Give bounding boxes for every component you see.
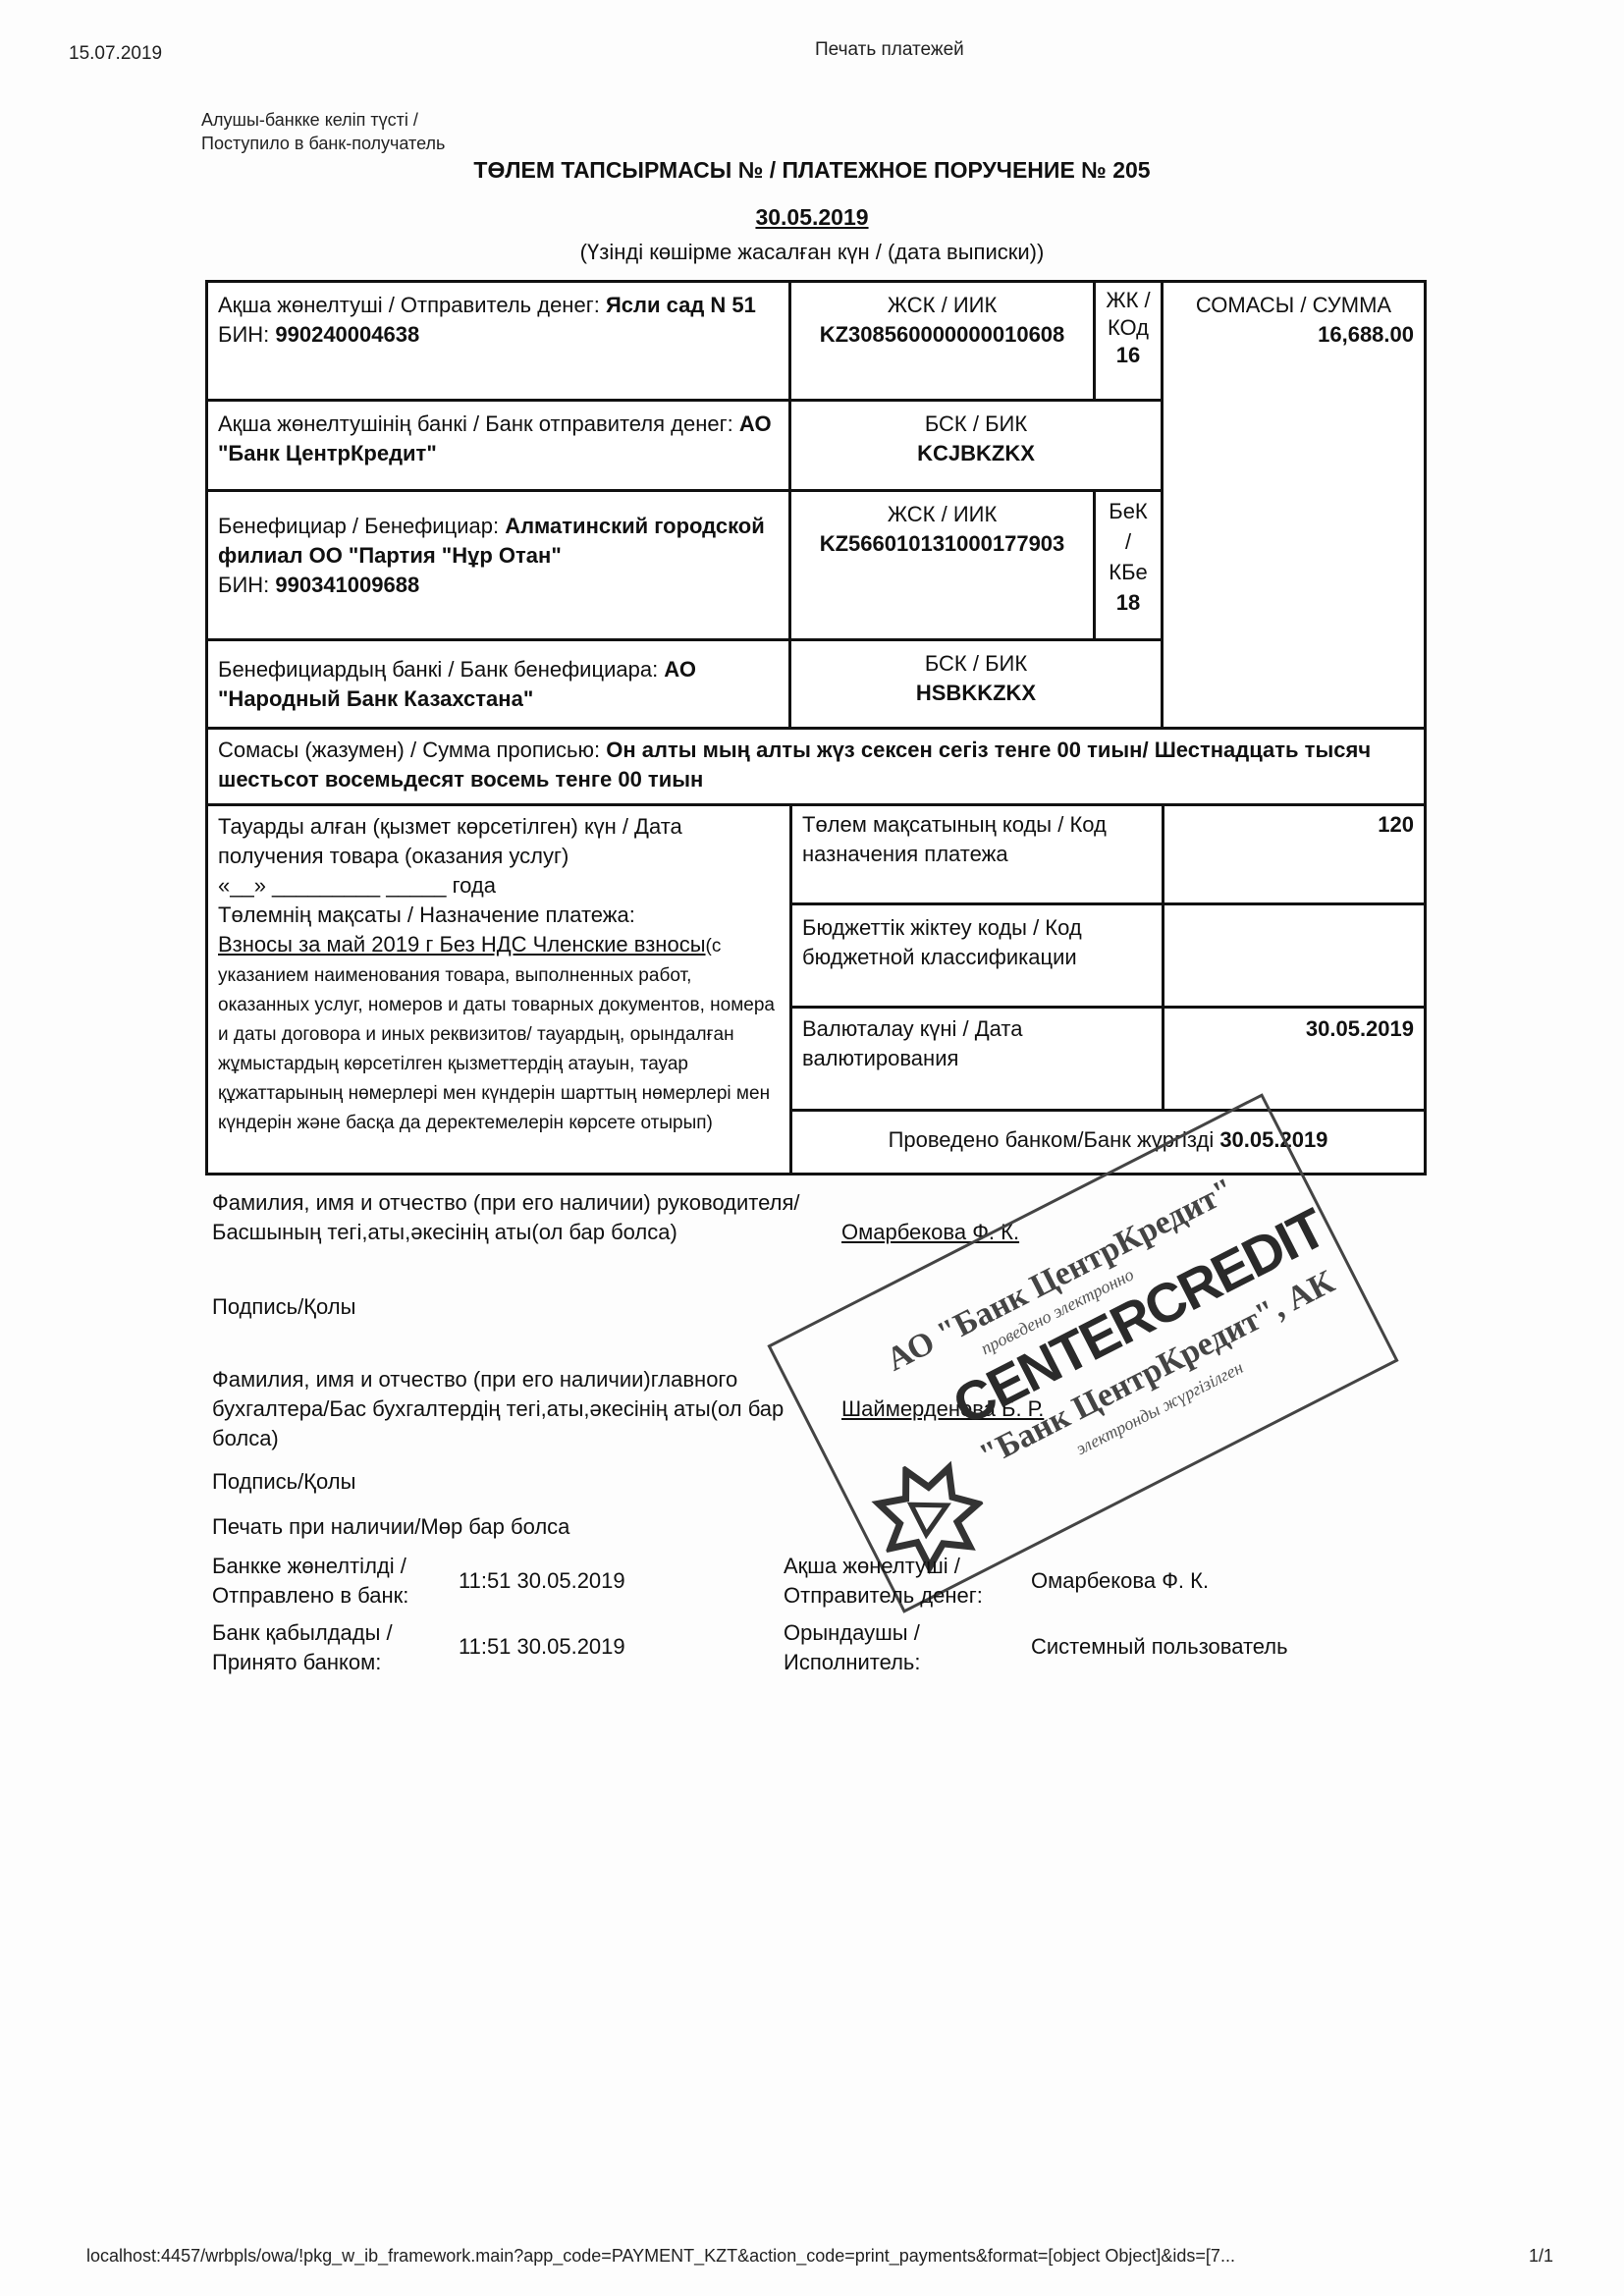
beneficiary-code-separator: / (1098, 526, 1159, 557)
sender-account-label: ЖСК / ИИК (801, 291, 1083, 320)
budget-code-cell (1162, 902, 1427, 1009)
sender-bic-cell: БСК / БИК KCJBKZKX (788, 399, 1164, 492)
purpose-code-cell: 120 (1162, 803, 1427, 905)
beneficiary-code-label: БеК (1098, 496, 1159, 526)
sender-code-label: ЖК / (1098, 287, 1159, 314)
goods-date-blank: «__» _________ _____ года (218, 871, 780, 901)
amount-value: 16,688.00 (1173, 320, 1414, 350)
sender-person-label-kz: Ақша жөнелтуші / (784, 1552, 983, 1581)
sender-bin-label: БИН: (218, 322, 275, 347)
beneficiary-bin-label: БИН: (218, 573, 275, 597)
purpose-code-label-cell: Төлем мақсатының коды / Код назначения п… (789, 803, 1164, 905)
executor-label-kz: Орындаушы / (784, 1618, 921, 1648)
sender-bank-cell: Ақша жөнелтушінің банкі / Банк отправите… (205, 399, 791, 492)
amount-label: СОМАСЫ / СУММА (1173, 291, 1414, 320)
document-date-caption: (Үзінді көшірме жасалған күн / (дата вып… (0, 240, 1624, 265)
beneficiary-label: Бенефициар / Бенефициар: (218, 514, 505, 538)
amount-words-cell: Сомасы (жазумен) / Сумма прописью: Он ал… (205, 727, 1427, 806)
value-date-label: Валюталау күні / Дата валютирования (802, 1016, 1022, 1070)
beneficiary-bic: HSBKKZKX (801, 679, 1151, 708)
purpose-note: (с указанием наименования товара, выполн… (218, 936, 775, 1133)
document-date: 30.05.2019 (0, 204, 1624, 231)
beneficiary-account-label: ЖСК / ИИК (801, 500, 1083, 529)
received-note-line1: Алушы-банкке келіп түсті / (201, 108, 445, 132)
footer-page-count: 1/1 (1529, 2246, 1553, 2267)
accepted-label: Банк қабылдады / Принято банком: (212, 1618, 393, 1677)
goods-date-label: Тауарды алған (қызмет көрсетілген) күн /… (218, 812, 780, 871)
purpose-code: 120 (1378, 812, 1414, 837)
beneficiary-account: KZ566010131000177903 (801, 529, 1083, 559)
beneficiary-account-cell: ЖСК / ИИК KZ566010131000177903 (788, 489, 1096, 641)
purpose-code-label: Төлем мақсатының коды / Код назначения п… (802, 812, 1107, 866)
seal-label: Печать при наличии/Мөр бар болса (212, 1512, 569, 1542)
beneficiary-code-cell: БеК / КБе 18 (1093, 489, 1164, 641)
print-date: 15.07.2019 (69, 43, 162, 65)
executor-label-ru: Исполнитель: (784, 1648, 921, 1677)
executor-label: Орындаушы / Исполнитель: (784, 1618, 921, 1677)
accepted-time: 11:51 30.05.2019 (459, 1632, 625, 1662)
value-date-cell: 30.05.2019 (1162, 1006, 1427, 1112)
sender-account-cell: ЖСК / ИИК KZ308560000000010608 (788, 280, 1096, 402)
executor-name: Системный пользователь (1031, 1632, 1288, 1662)
footer-url: localhost:4457/wrbpls/owa/!pkg_w_ib_fram… (86, 2246, 1235, 2267)
goods-purpose-cell: Тауарды алған (қызмет көрсетілген) күн /… (205, 803, 792, 1175)
sender-code-label-2: КОд (1098, 314, 1159, 342)
sent-label: Банкке жөнелтілді / Отправлено в банк: (212, 1552, 408, 1611)
beneficiary-bank-label: Бенефициардың банкі / Банк бенефициара: (218, 657, 664, 682)
beneficiary-bank-cell: Бенефициардың банкі / Банк бенефициара: … (205, 638, 791, 730)
value-date-label-cell: Валюталау күні / Дата валютирования (789, 1006, 1164, 1112)
sender-person-name: Омарбекова Ф. К. (1031, 1566, 1209, 1596)
beneficiary-code: 18 (1098, 587, 1159, 618)
accepted-label-ru: Принято банком: (212, 1648, 393, 1677)
processed-cell: Проведено банком/Банк жүргізді 30.05.201… (789, 1109, 1427, 1175)
sent-time: 11:51 30.05.2019 (459, 1566, 625, 1596)
sender-account: KZ308560000000010608 (801, 320, 1083, 350)
accountant-signature-label: Подпись/Қолы (212, 1467, 355, 1497)
beneficiary-bic-label: БСК / БИК (801, 649, 1151, 679)
sender-label: Ақша жөнелтуші / Отправитель денег: (218, 293, 606, 317)
beneficiary-cell: Бенефициар / Бенефициар: Алматинский гор… (205, 489, 791, 641)
purpose-label: Төлемнің мақсаты / Назначение платежа: (218, 901, 780, 930)
sent-label-kz: Банкке жөнелтілді / (212, 1552, 408, 1581)
beneficiary-bic-cell: БСК / БИК HSBKKZKX (788, 638, 1164, 730)
purpose-value: Взносы за май 2019 г Без НДС Членские вз… (218, 932, 706, 957)
payment-table: Ақша жөнелтуші / Отправитель денег: Ясли… (205, 280, 1427, 1175)
amount-cell: СОМАСЫ / СУММА 16,688.00 (1161, 280, 1427, 730)
sender-code-cell: ЖК / КОд 16 (1093, 280, 1164, 402)
amount-words-label: Сомасы (жазумен) / Сумма прописью: (218, 738, 606, 762)
beneficiary-code-label-2: КБе (1098, 557, 1159, 587)
sender-cell: Ақша жөнелтуші / Отправитель денег: Ясли… (205, 280, 791, 402)
sender-bic: KCJBKZKX (801, 439, 1151, 468)
budget-code-label-cell: Бюджеттік жіктеу коды / Код бюджетной кл… (789, 902, 1164, 1009)
sender-code: 16 (1098, 342, 1159, 369)
accountant-name-label: Фамилия, имя и отчество (при его наличии… (212, 1365, 831, 1453)
value-date: 30.05.2019 (1306, 1016, 1414, 1041)
sender-name: Ясли сад N 51 (606, 293, 756, 317)
received-note: Алушы-банкке келіп түсті / Поступило в б… (201, 108, 445, 155)
sender-bank-label: Ақша жөнелтушінің банкі / Банк отправите… (218, 411, 739, 436)
sender-person-label-ru: Отправитель денег: (784, 1581, 983, 1611)
beneficiary-bin: 990341009688 (275, 573, 419, 597)
sender-bin: 990240004638 (275, 322, 419, 347)
accepted-label-kz: Банк қабылдады / (212, 1618, 393, 1648)
sender-person-label: Ақша жөнелтуші / Отправитель денег: (784, 1552, 983, 1611)
head-name-label: Фамилия, имя и отчество (при его наличии… (212, 1188, 831, 1247)
sent-label-ru: Отправлено в банк: (212, 1581, 408, 1611)
sender-bic-label: БСК / БИК (801, 410, 1151, 439)
budget-code-label: Бюджеттік жіктеу коды / Код бюджетной кл… (802, 915, 1082, 969)
document-title: ТӨЛЕМ ТАПСЫРМАСЫ № / ПЛАТЕЖНОЕ ПОРУЧЕНИЕ… (0, 157, 1624, 184)
print-page-title: Печать платежей (815, 39, 964, 61)
head-signature-label: Подпись/Қолы (212, 1292, 355, 1322)
received-note-line2: Поступило в банк-получатель (201, 132, 445, 155)
